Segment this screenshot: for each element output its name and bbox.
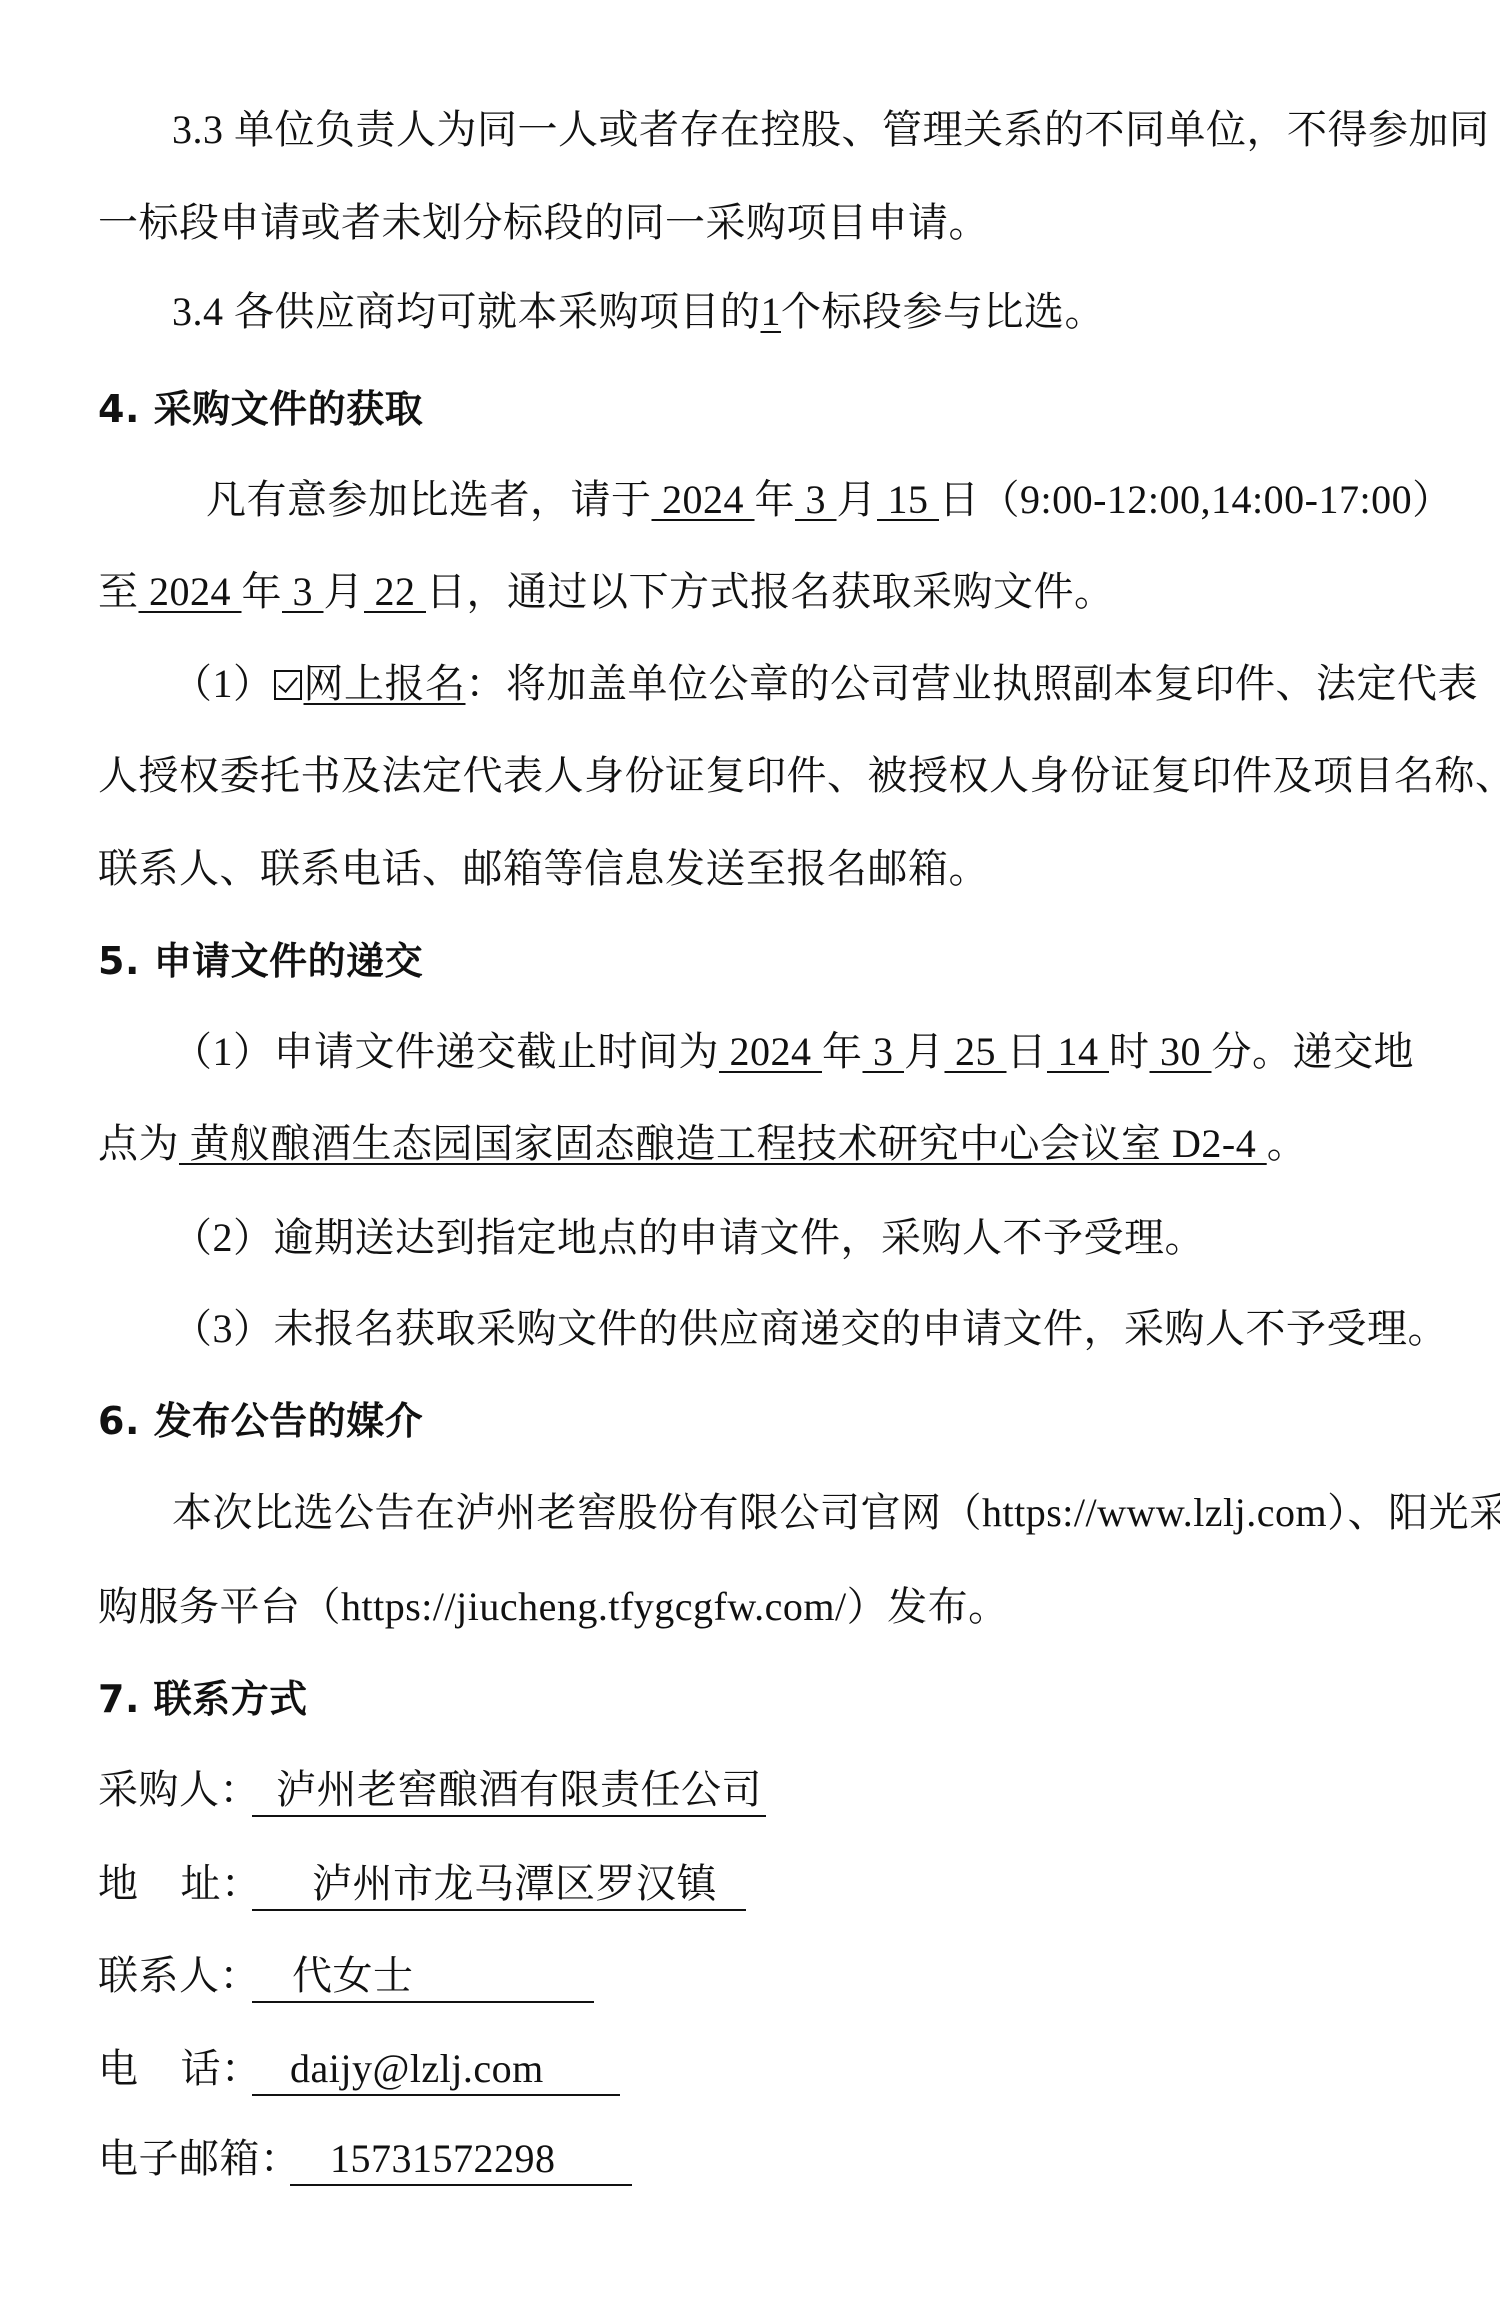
- contact-address: 地 址：泸州市龙马潭区罗汉镇: [98, 1856, 746, 1912]
- contact-email: 电子邮箱：15731572298: [98, 2131, 632, 2187]
- online-registration-label: 网上报名: [304, 661, 466, 706]
- section-4-intro-line-2: 至 2024 年 3 月 22 日，通过以下方式报名获取采购文件。: [98, 564, 1115, 620]
- section-6-line-2: 购服务平台（https://jiucheng.tfygcgfw.com/）发布。: [98, 1579, 1009, 1635]
- clause-3-3-line-1: 3.3 单位负责人为同一人或者存在控股、管理关系的不同单位，不得参加同: [172, 102, 1490, 158]
- purchaser-value: 泸州老窖酿酒有限责任公司: [252, 1765, 766, 1817]
- contact-phone: 电 话：daijy@lzlj.com: [98, 2041, 620, 2097]
- day-label: 日: [1007, 1029, 1048, 1074]
- month-label: 月: [324, 569, 365, 614]
- deadline-prefix: （1）申请文件递交截止时间为: [172, 1029, 719, 1074]
- start-day: 15: [877, 477, 939, 522]
- purchaser-label: 采购人：: [98, 1762, 252, 1818]
- deadline-minute: 30: [1150, 1029, 1212, 1074]
- section-4-intro-line-1: 凡有意参加比选者，请于 2024 年 3 月 15 日（9:00-12:00,1…: [206, 472, 1453, 528]
- minute-label: 分。递交地: [1212, 1029, 1415, 1074]
- contact-person: 联系人：代女士: [98, 1948, 594, 2004]
- item-number: （1）: [172, 661, 274, 706]
- start-month: 3: [795, 477, 837, 522]
- deadline-day: 25: [945, 1029, 1007, 1074]
- clause-3-4: 3.4 各供应商均可就本采购项目的1个标段参与比选。: [172, 284, 1105, 340]
- month-label: 月: [904, 1029, 945, 1074]
- address-label: 地 址：: [98, 1856, 252, 1912]
- end-day: 22: [364, 569, 426, 614]
- year-label: 年: [822, 1029, 863, 1074]
- email-label: 电子邮箱：: [98, 2131, 290, 2187]
- lot-count: 1: [761, 289, 782, 334]
- section-4-item-1-line-3: 联系人、联系电话、邮箱等信息发送至报名邮箱。: [98, 841, 989, 897]
- start-year: 2024: [652, 477, 755, 522]
- section-6-line-1: 本次比选公告在泸州老窖股份有限公司官网（https://www.lzlj.com…: [172, 1485, 1500, 1541]
- hour-label: 时: [1109, 1029, 1150, 1074]
- section-4-item-1-line-2: 人授权委托书及法定代表人身份证复印件、被授权人身份证复印件及项目名称、: [98, 748, 1500, 804]
- intro-tail: 日，通过以下方式报名获取采购文件。: [426, 569, 1115, 614]
- to-label: 至: [98, 569, 139, 614]
- place-suffix: 。: [1267, 1121, 1308, 1166]
- place-prefix: 点为: [98, 1121, 179, 1166]
- section-4-heading: 4. 采购文件的获取: [98, 381, 423, 437]
- section-5-item-1-line-1: （1）申请文件递交截止时间为 2024 年 3 月 25 日 14 时 30 分…: [172, 1024, 1414, 1080]
- deadline-year: 2024: [719, 1029, 822, 1074]
- deadline-month: 3: [863, 1029, 905, 1074]
- address-value: 泸州市龙马潭区罗汉镇: [252, 1859, 746, 1911]
- section-5-item-2: （2）逾期送达到指定地点的申请文件，采购人不予受理。: [172, 1210, 1205, 1266]
- document-page: 3.3 单位负责人为同一人或者存在控股、管理关系的不同单位，不得参加同 一标段申…: [0, 0, 1500, 2311]
- month-label: 月: [837, 477, 878, 522]
- year-label: 年: [755, 477, 796, 522]
- checked-checkbox-icon: [274, 670, 302, 700]
- contact-person-value: 代女士: [252, 1951, 594, 2003]
- section-5-heading: 5. 申请文件的递交: [98, 933, 423, 989]
- email-value: 15731572298: [290, 2134, 632, 2186]
- clause-3-4-suffix: 个标段参与比选。: [781, 289, 1105, 334]
- phone-label: 电 话：: [98, 2041, 252, 2097]
- section-5-item-1-line-2: 点为 黄舣酿酒生态园国家固态酿造工程技术研究中心会议室 D2-4 。: [98, 1116, 1307, 1172]
- end-month: 3: [282, 569, 324, 614]
- submission-place: 黄舣酿酒生态园国家固态酿造工程技术研究中心会议室 D2-4: [179, 1121, 1267, 1166]
- online-registration-option: 网上报名: [274, 661, 466, 706]
- deadline-hour: 14: [1047, 1029, 1109, 1074]
- contact-person-label: 联系人：: [98, 1948, 252, 2004]
- section-4-item-1-line-1: （1）网上报名：将加盖单位公章的公司营业执照副本复印件、法定代表: [172, 656, 1478, 712]
- contact-purchaser: 采购人：泸州老窖酿酒有限责任公司: [98, 1762, 766, 1818]
- end-year: 2024: [139, 569, 242, 614]
- year-label: 年: [242, 569, 283, 614]
- day-label: 日: [939, 477, 980, 522]
- item-1-text: ：将加盖单位公章的公司营业执照副本复印件、法定代表: [466, 661, 1479, 706]
- phone-value: daijy@lzlj.com: [252, 2044, 620, 2096]
- clause-3-4-prefix: 3.4 各供应商均可就本采购项目的: [172, 289, 761, 334]
- intro-text: 凡有意参加比选者，请于: [206, 477, 652, 522]
- section-5-item-3: （3）未报名获取采购文件的供应商递交的申请文件，采购人不予受理。: [172, 1301, 1448, 1357]
- clause-3-3-line-2: 一标段申请或者未划分标段的同一采购项目申请。: [98, 195, 989, 251]
- section-6-heading: 6. 发布公告的媒介: [98, 1393, 423, 1449]
- office-hours: （9:00-12:00,14:00-17:00）: [980, 477, 1453, 522]
- section-7-heading: 7. 联系方式: [98, 1671, 308, 1727]
